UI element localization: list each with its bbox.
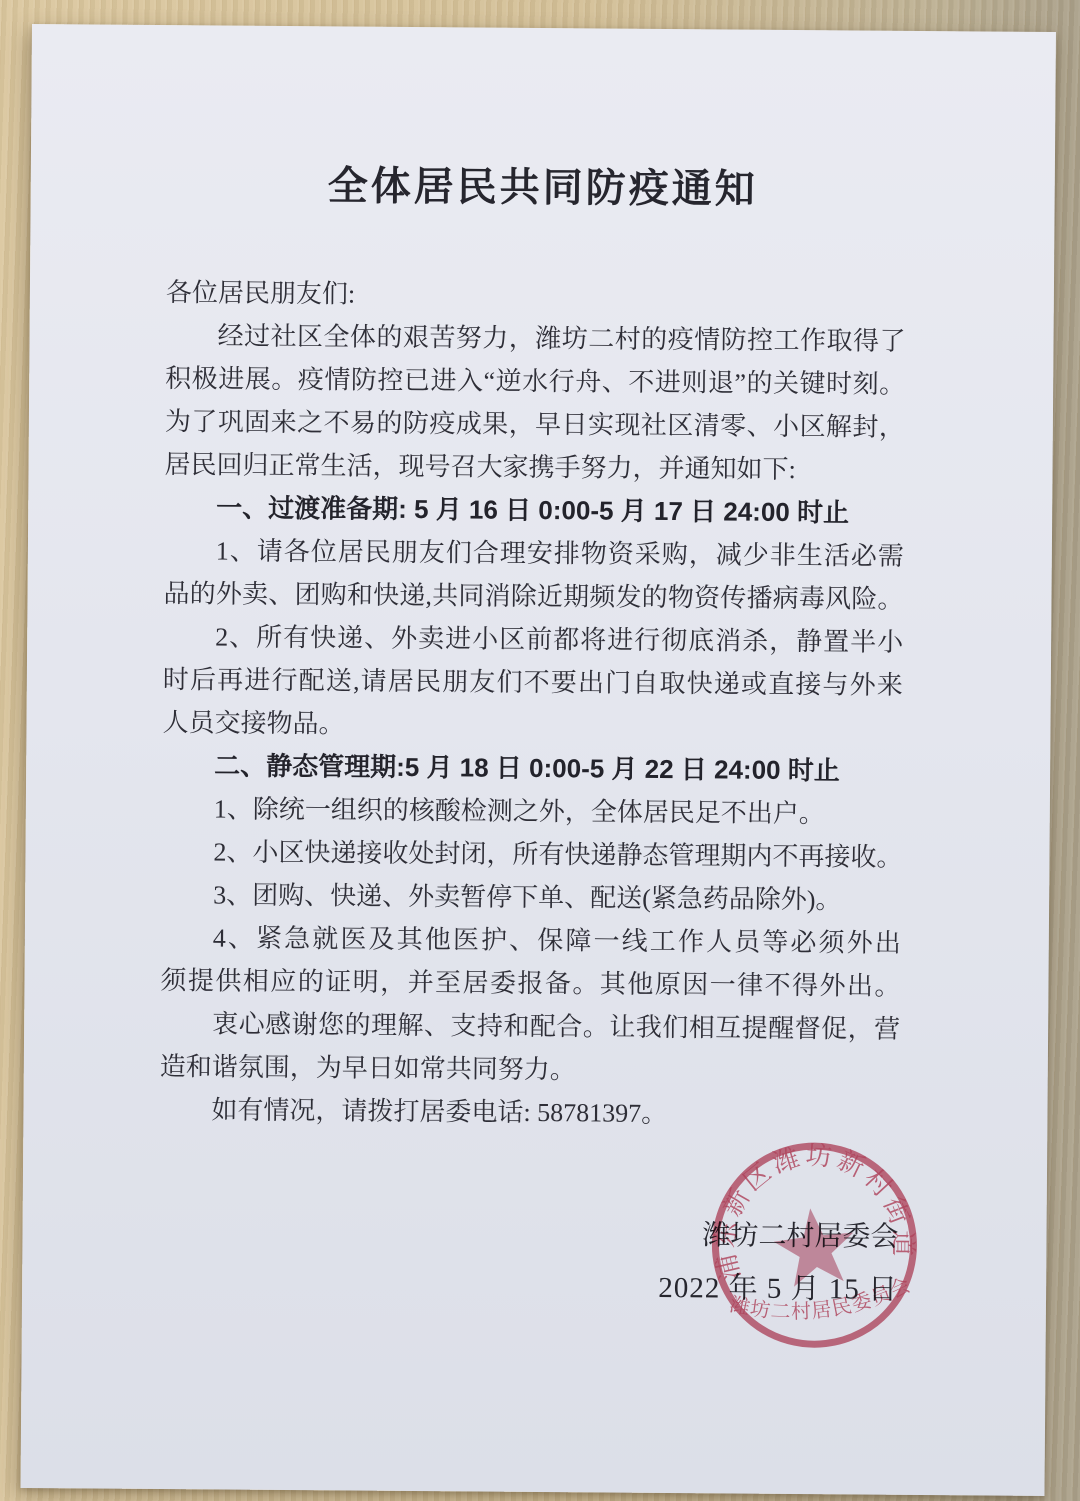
document-line: 衷心感谢您的理解、支持和配合。让我们相互提醒督促，营 <box>160 1002 900 1051</box>
document-line: 1、除统一组织的核酸检测之外，全体居民足不出户。 <box>162 787 902 836</box>
document-line: 为了巩固来之不易的防疫成果，早日实现社区清零、小区解封， <box>165 400 905 449</box>
official-stamp: 浦东新区潍坊新村街道 潍坊二村居民委员会 <box>693 1123 937 1367</box>
document-line: 品的外卖、团购和快递,共同消除近期频发的物资传播病毒风险。 <box>163 572 903 621</box>
stamp-star-icon <box>770 1204 858 1289</box>
document-line: 人员交接物品。 <box>162 701 902 750</box>
document-line: 积极进展。疫情防控已进入“逆水行舟、不进则退”的关键时刻。 <box>165 357 905 406</box>
document-line: 二、静态管理期:5 月 18 日 0:00-5 月 22 日 24:00 时止 <box>162 744 902 793</box>
document-line: 2、小区快递接收处封闭，所有快递静态管理期内不再接收。 <box>161 830 901 879</box>
document-line: 2、所有快递、外卖进小区前都将进行彻底消杀，静置半小 <box>163 615 903 664</box>
document-line: 1、请各位居民朋友们合理安排物资采购，减少非生活必需 <box>164 529 904 578</box>
document-line: 4、紧急就医及其他医护、保障一线工作人员等必须外出的， <box>161 916 901 965</box>
document-line: 一、过渡准备期: 5 月 16 日 0:00-5 月 17 日 24:00 时止 <box>164 486 904 535</box>
document-line: 各位居民朋友们: <box>166 271 906 320</box>
notice-paper: 全体居民共同防疫通知 各位居民朋友们:经过社区全体的艰苦努力，潍坊二村的疫情防控… <box>21 24 1056 1496</box>
document-line: 须提供相应的证明，并至居委报备。其他原因一律不得外出。 <box>160 959 900 1008</box>
document-line: 时后再进行配送,请居民朋友们不要出门自取快递或直接与外来 <box>163 658 903 707</box>
document-line: 如有情况，请拨打居委电话: 58781397。 <box>159 1088 899 1137</box>
document-line: 经过社区全体的艰苦努力，潍坊二村的疫情防控工作取得了 <box>165 314 905 363</box>
page-title: 全体居民共同防疫通知 <box>31 152 1055 217</box>
document-line: 居民回归正常生活，现号召大家携手努力，并通知如下: <box>164 443 904 492</box>
document-line: 3、团购、快递、外卖暂停下单、配送(紧急药品除外)。 <box>161 873 901 922</box>
document-line: 造和谐氛围，为早日如常共同努力。 <box>160 1045 900 1094</box>
